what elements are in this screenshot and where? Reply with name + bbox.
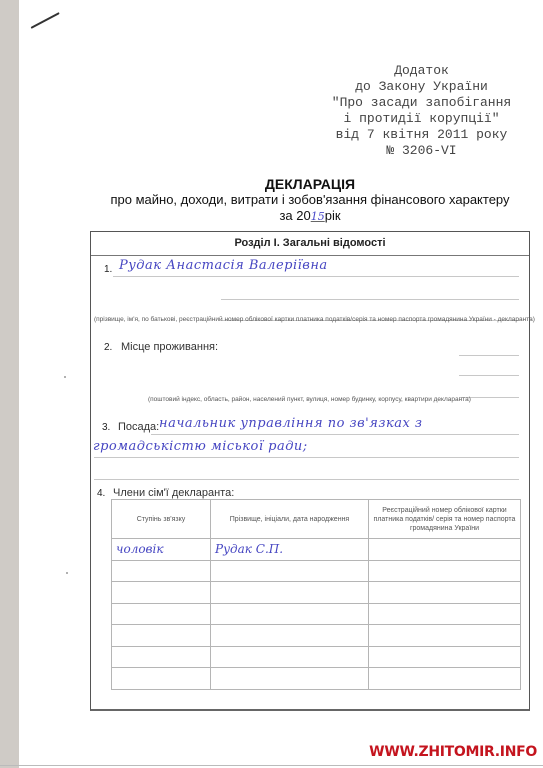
cell-registration[interactable] <box>369 668 521 690</box>
year-suffix: рік <box>325 208 341 223</box>
table-row <box>112 603 521 625</box>
table-row <box>112 668 521 690</box>
appendix-line: Додаток <box>300 63 543 79</box>
col-header-registration: Реєстраційний номер облікової картки пла… <box>369 500 521 539</box>
site-watermark: WWW.ZHITOMIR.INFO <box>369 744 537 760</box>
pen-mark <box>31 12 60 29</box>
appendix-line: від 7 квітня 2011 року <box>300 127 543 143</box>
cell-registration[interactable] <box>369 539 521 561</box>
cell-registration[interactable] <box>369 603 521 625</box>
item-3-number: 3. <box>102 422 110 433</box>
table-row <box>112 560 521 582</box>
item-3-line-2 <box>94 457 519 458</box>
section-1-form: Розділ І. Загальні відомості 1. Рудак Ан… <box>90 231 530 711</box>
section-header: Розділ І. Загальні відомості <box>91 232 529 256</box>
cell-name[interactable] <box>211 603 369 625</box>
cell-registration[interactable] <box>369 646 521 668</box>
col-header-name: Прізвище, ініціали, дата народження <box>211 500 369 539</box>
scan-edge <box>0 0 19 768</box>
declaration-subtitle: про майно, доходи, витрати і зобов'язанн… <box>90 192 530 208</box>
cell-relation[interactable] <box>112 646 211 668</box>
item-1-number: 1. <box>104 264 112 275</box>
position-handwritten-line-2[interactable]: громадськістю міської ради; <box>93 439 308 454</box>
item-3-line-1 <box>151 434 519 435</box>
cell-relation[interactable] <box>112 603 211 625</box>
cell-registration[interactable] <box>369 560 521 582</box>
cell-name[interactable] <box>211 560 369 582</box>
item-1-line-2 <box>221 299 519 300</box>
cell-relation[interactable] <box>112 582 211 604</box>
year-handwritten: 15 <box>311 210 325 223</box>
cell-name[interactable] <box>211 582 369 604</box>
cell-name[interactable] <box>211 646 369 668</box>
table-row: чоловік Рудак С.П. <box>112 539 521 561</box>
year-prefix: за 20 <box>279 208 310 223</box>
appendix-line: "Про засади запобігання <box>300 95 543 111</box>
item-1-line-1 <box>113 276 519 277</box>
appendix-header: Додаток до Закону України "Про засади за… <box>300 63 543 159</box>
table-row <box>112 582 521 604</box>
declaration-title-block: ДЕКЛАРАЦІЯ про майно, доходи, витрати і … <box>90 176 530 225</box>
item-2-line-2 <box>459 375 519 376</box>
position-handwritten-line-1[interactable]: начальник управління по зв'язках з <box>159 416 423 431</box>
cell-relation[interactable]: чоловік <box>112 539 211 561</box>
cell-registration[interactable] <box>369 625 521 647</box>
page-bottom-edge <box>0 765 543 766</box>
item-3-label: Посада: <box>118 421 159 433</box>
appendix-line: до Закону України <box>300 79 543 95</box>
cell-relation[interactable] <box>112 625 211 647</box>
declaration-year: за 2015рік <box>90 208 530 225</box>
item-3-line-3 <box>94 479 519 480</box>
item-4-number: 4. <box>97 488 105 499</box>
item-2-line-1 <box>459 355 519 356</box>
item-2-label: Місце проживання: <box>121 341 218 353</box>
speck <box>66 572 68 574</box>
cell-name[interactable] <box>211 668 369 690</box>
table-row <box>112 646 521 668</box>
declarant-name-handwritten[interactable]: Рудак Анастасія Валеріївна <box>119 258 328 273</box>
cell-relation[interactable] <box>112 560 211 582</box>
table-row <box>112 625 521 647</box>
cell-name[interactable] <box>211 625 369 647</box>
cell-name[interactable]: Рудак С.П. <box>211 539 369 561</box>
item-2-caption: (поштовий індекс, область, район, населе… <box>148 396 471 403</box>
family-members-table: Ступінь зв'язку Прізвище, ініціали, дата… <box>111 499 521 690</box>
item-2-number: 2. <box>104 342 112 353</box>
cell-registration[interactable] <box>369 582 521 604</box>
col-header-relation: Ступінь зв'язку <box>112 500 211 539</box>
declaration-title: ДЕКЛАРАЦІЯ <box>90 176 530 192</box>
speck <box>64 376 66 378</box>
appendix-line: і протидії корупції" <box>300 111 543 127</box>
cell-relation[interactable] <box>112 668 211 690</box>
item-1-caption: (прізвище, ім'я, по батькові, реєстрацій… <box>94 316 535 323</box>
appendix-line: № 3206-VI <box>300 143 543 159</box>
item-4-label: Члени сім'ї декларанта: <box>113 487 234 499</box>
table-header-row: Ступінь зв'язку Прізвище, ініціали, дата… <box>112 500 521 539</box>
